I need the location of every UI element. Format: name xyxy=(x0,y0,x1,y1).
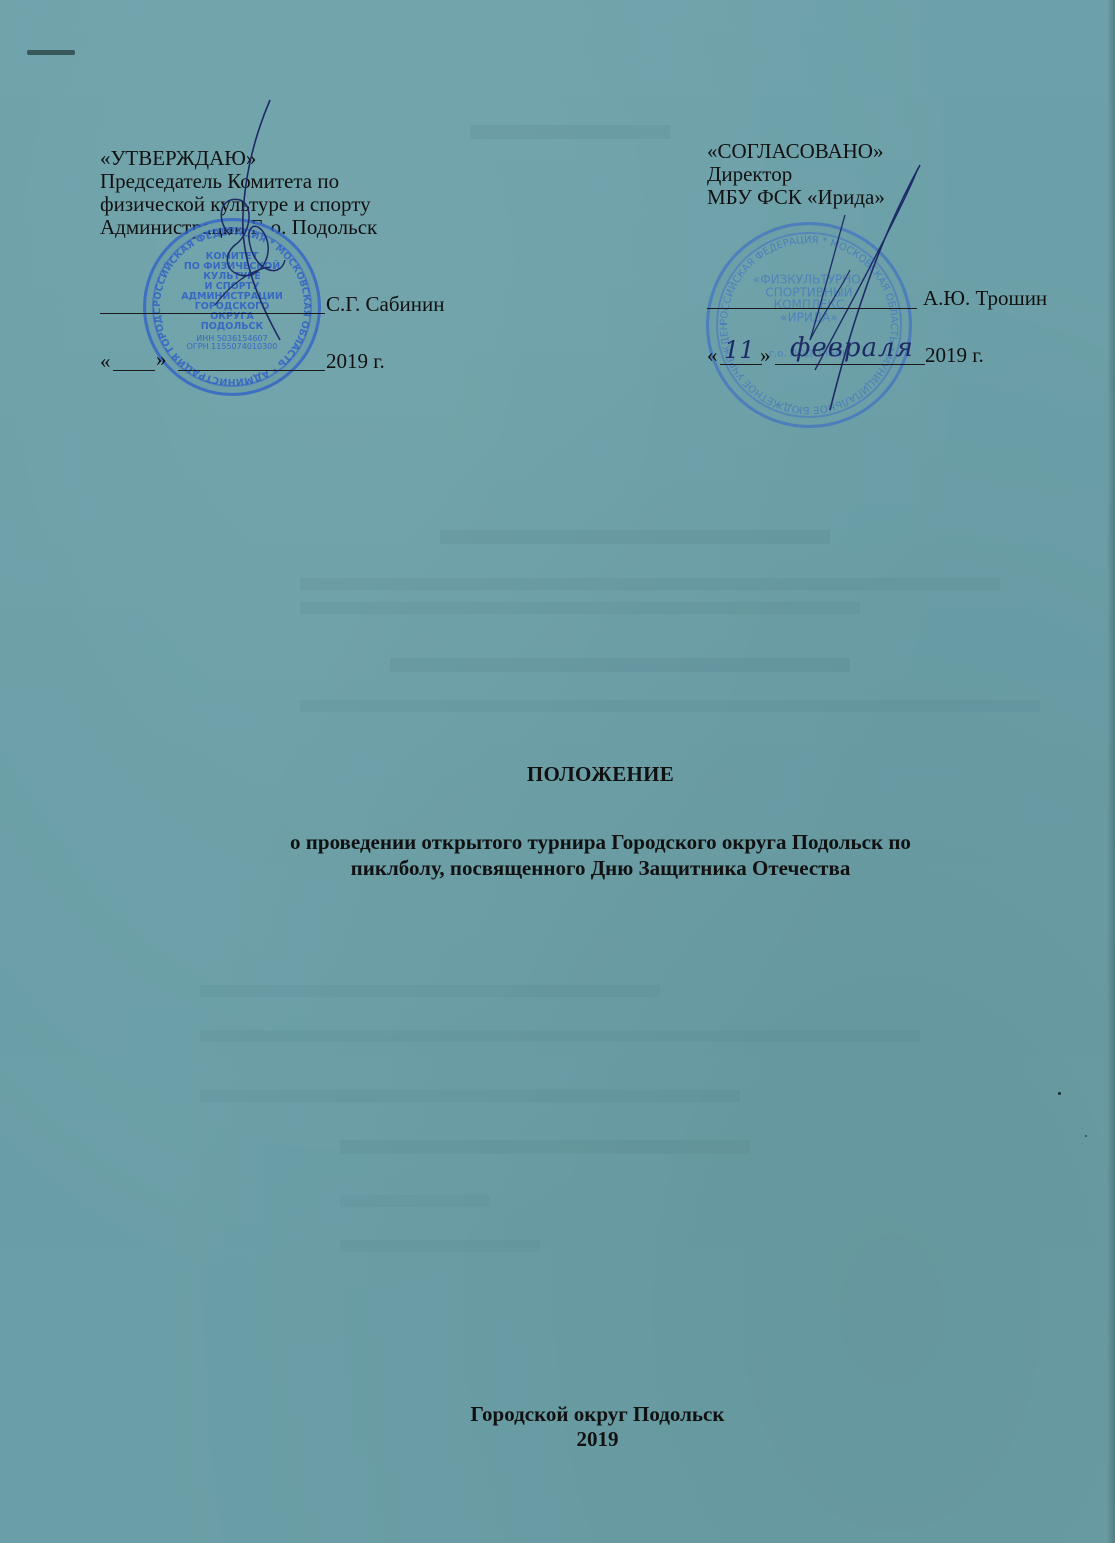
bleed-through-texture xyxy=(390,658,850,672)
bleed-through-texture xyxy=(300,578,1000,590)
subtitle-line: о проведении открытого турнира Городског… xyxy=(43,829,1115,855)
date-month-handwritten: февраля xyxy=(790,333,914,363)
bleed-through-texture xyxy=(300,602,860,614)
footer-city: Городской округ Подольск xyxy=(40,1402,1115,1427)
bleed-through-texture xyxy=(340,1195,490,1207)
bleed-through-texture xyxy=(440,530,830,544)
bleed-through-texture xyxy=(300,700,1040,712)
bleed-through-texture xyxy=(200,985,660,997)
date-month-line xyxy=(775,364,925,365)
footer-year: 2019 xyxy=(40,1427,1115,1452)
date-day-line xyxy=(113,370,155,371)
date-close-quote: » xyxy=(156,347,167,372)
bleed-through-texture xyxy=(470,125,670,139)
date-open-quote: « xyxy=(100,349,111,374)
paper-speck xyxy=(1058,1092,1061,1095)
bleed-through-texture xyxy=(340,1240,540,1252)
date-year: 2019 г. xyxy=(326,349,385,374)
document-title: ПОЛОЖЕНИЕ xyxy=(43,762,1115,787)
date-month-line xyxy=(178,370,325,371)
date-close-quote: » xyxy=(760,343,771,368)
date-day-line xyxy=(720,364,762,365)
bleed-through-texture xyxy=(340,1140,750,1154)
date-day-handwritten: 11 xyxy=(724,336,755,364)
signature-line xyxy=(100,313,325,314)
bleed-through-texture xyxy=(200,1030,920,1042)
date-open-quote: « xyxy=(707,343,718,368)
bleed-through-texture xyxy=(200,1090,740,1102)
signature-sabinin-icon xyxy=(195,95,315,355)
staple-mark xyxy=(27,50,75,55)
paper-speck xyxy=(1085,1135,1087,1137)
document-subtitle: о проведении открытого турнира Городског… xyxy=(43,829,1115,881)
signature-troshin-icon xyxy=(770,160,930,420)
date-year: 2019 г. xyxy=(925,343,984,368)
signatory-name: С.Г. Сабинин xyxy=(326,292,445,317)
subtitle-line: пиклболу, посвященного Дню Защитника Оте… xyxy=(43,855,1115,881)
signatory-name: А.Ю. Трошин xyxy=(923,286,1047,311)
signature-line xyxy=(707,308,917,309)
